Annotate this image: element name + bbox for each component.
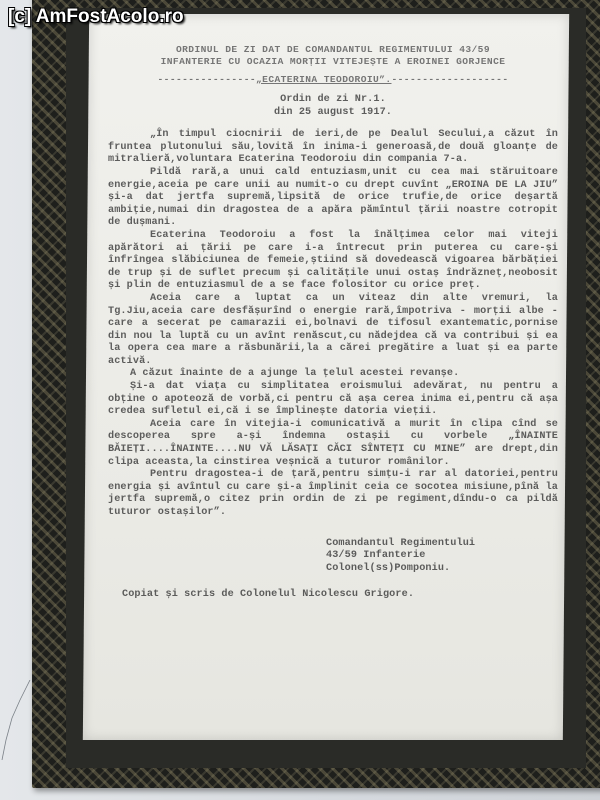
signature-block: Comandantul Regimentului 43/59 Infanteri… (326, 538, 558, 576)
watermark: [c] AmFostAcolo.ro (8, 6, 184, 28)
paragraph-3: Ecaterina Teodoroiu a fost la înălțimea … (108, 230, 558, 293)
header-line-1: ORDINUL DE ZI DAT DE COMANDANTUL REGIMEN… (108, 44, 558, 56)
paragraph-4: Aceia care a luptat ca un viteaz din alt… (108, 293, 558, 369)
order-title: Ordin de zi Nr.1. (108, 94, 558, 107)
paragraph-6: Și-a dat viața cu simplitatea eroismului… (108, 381, 558, 419)
paragraph-7: Aceia care în vitejia-i comunicativă a m… (108, 419, 558, 469)
order-date: din 25 august 1917. (108, 107, 558, 120)
signature-line-2: 43/59 Infanterie (326, 550, 558, 563)
paragraph-2: Pildă rară,a unui cald entuziasm,unit cu… (108, 167, 558, 230)
header-line-2: INFANTERIE CU OCAZIA MORȚII VITEJEȘTE A … (108, 56, 558, 68)
document-text: ORDINUL DE ZI DAT DE COMANDANTUL REGIMEN… (108, 44, 558, 602)
header-name: ----------------„ECATERINA TEODOROIU”.--… (108, 74, 558, 86)
header-dash-left: ---------------- (158, 74, 257, 85)
paragraph-8: Pentru dragostea-i de țară,pentru simțu-… (108, 469, 558, 519)
paragraph-1: „În timpul ciocnirii de ieri,de pe Dealu… (108, 129, 558, 167)
copied-by-note: Copiat și scris de Colonelul Nicolescu G… (122, 589, 558, 602)
paragraph-5: A căzut înainte de a ajunge la țelul ace… (108, 368, 558, 381)
signature-line-3: Colonel(ss)Pomponiu. (326, 563, 558, 576)
header-dash-right: ------------------- (391, 74, 508, 85)
signature-line-1: Comandantul Regimentului (326, 538, 558, 551)
